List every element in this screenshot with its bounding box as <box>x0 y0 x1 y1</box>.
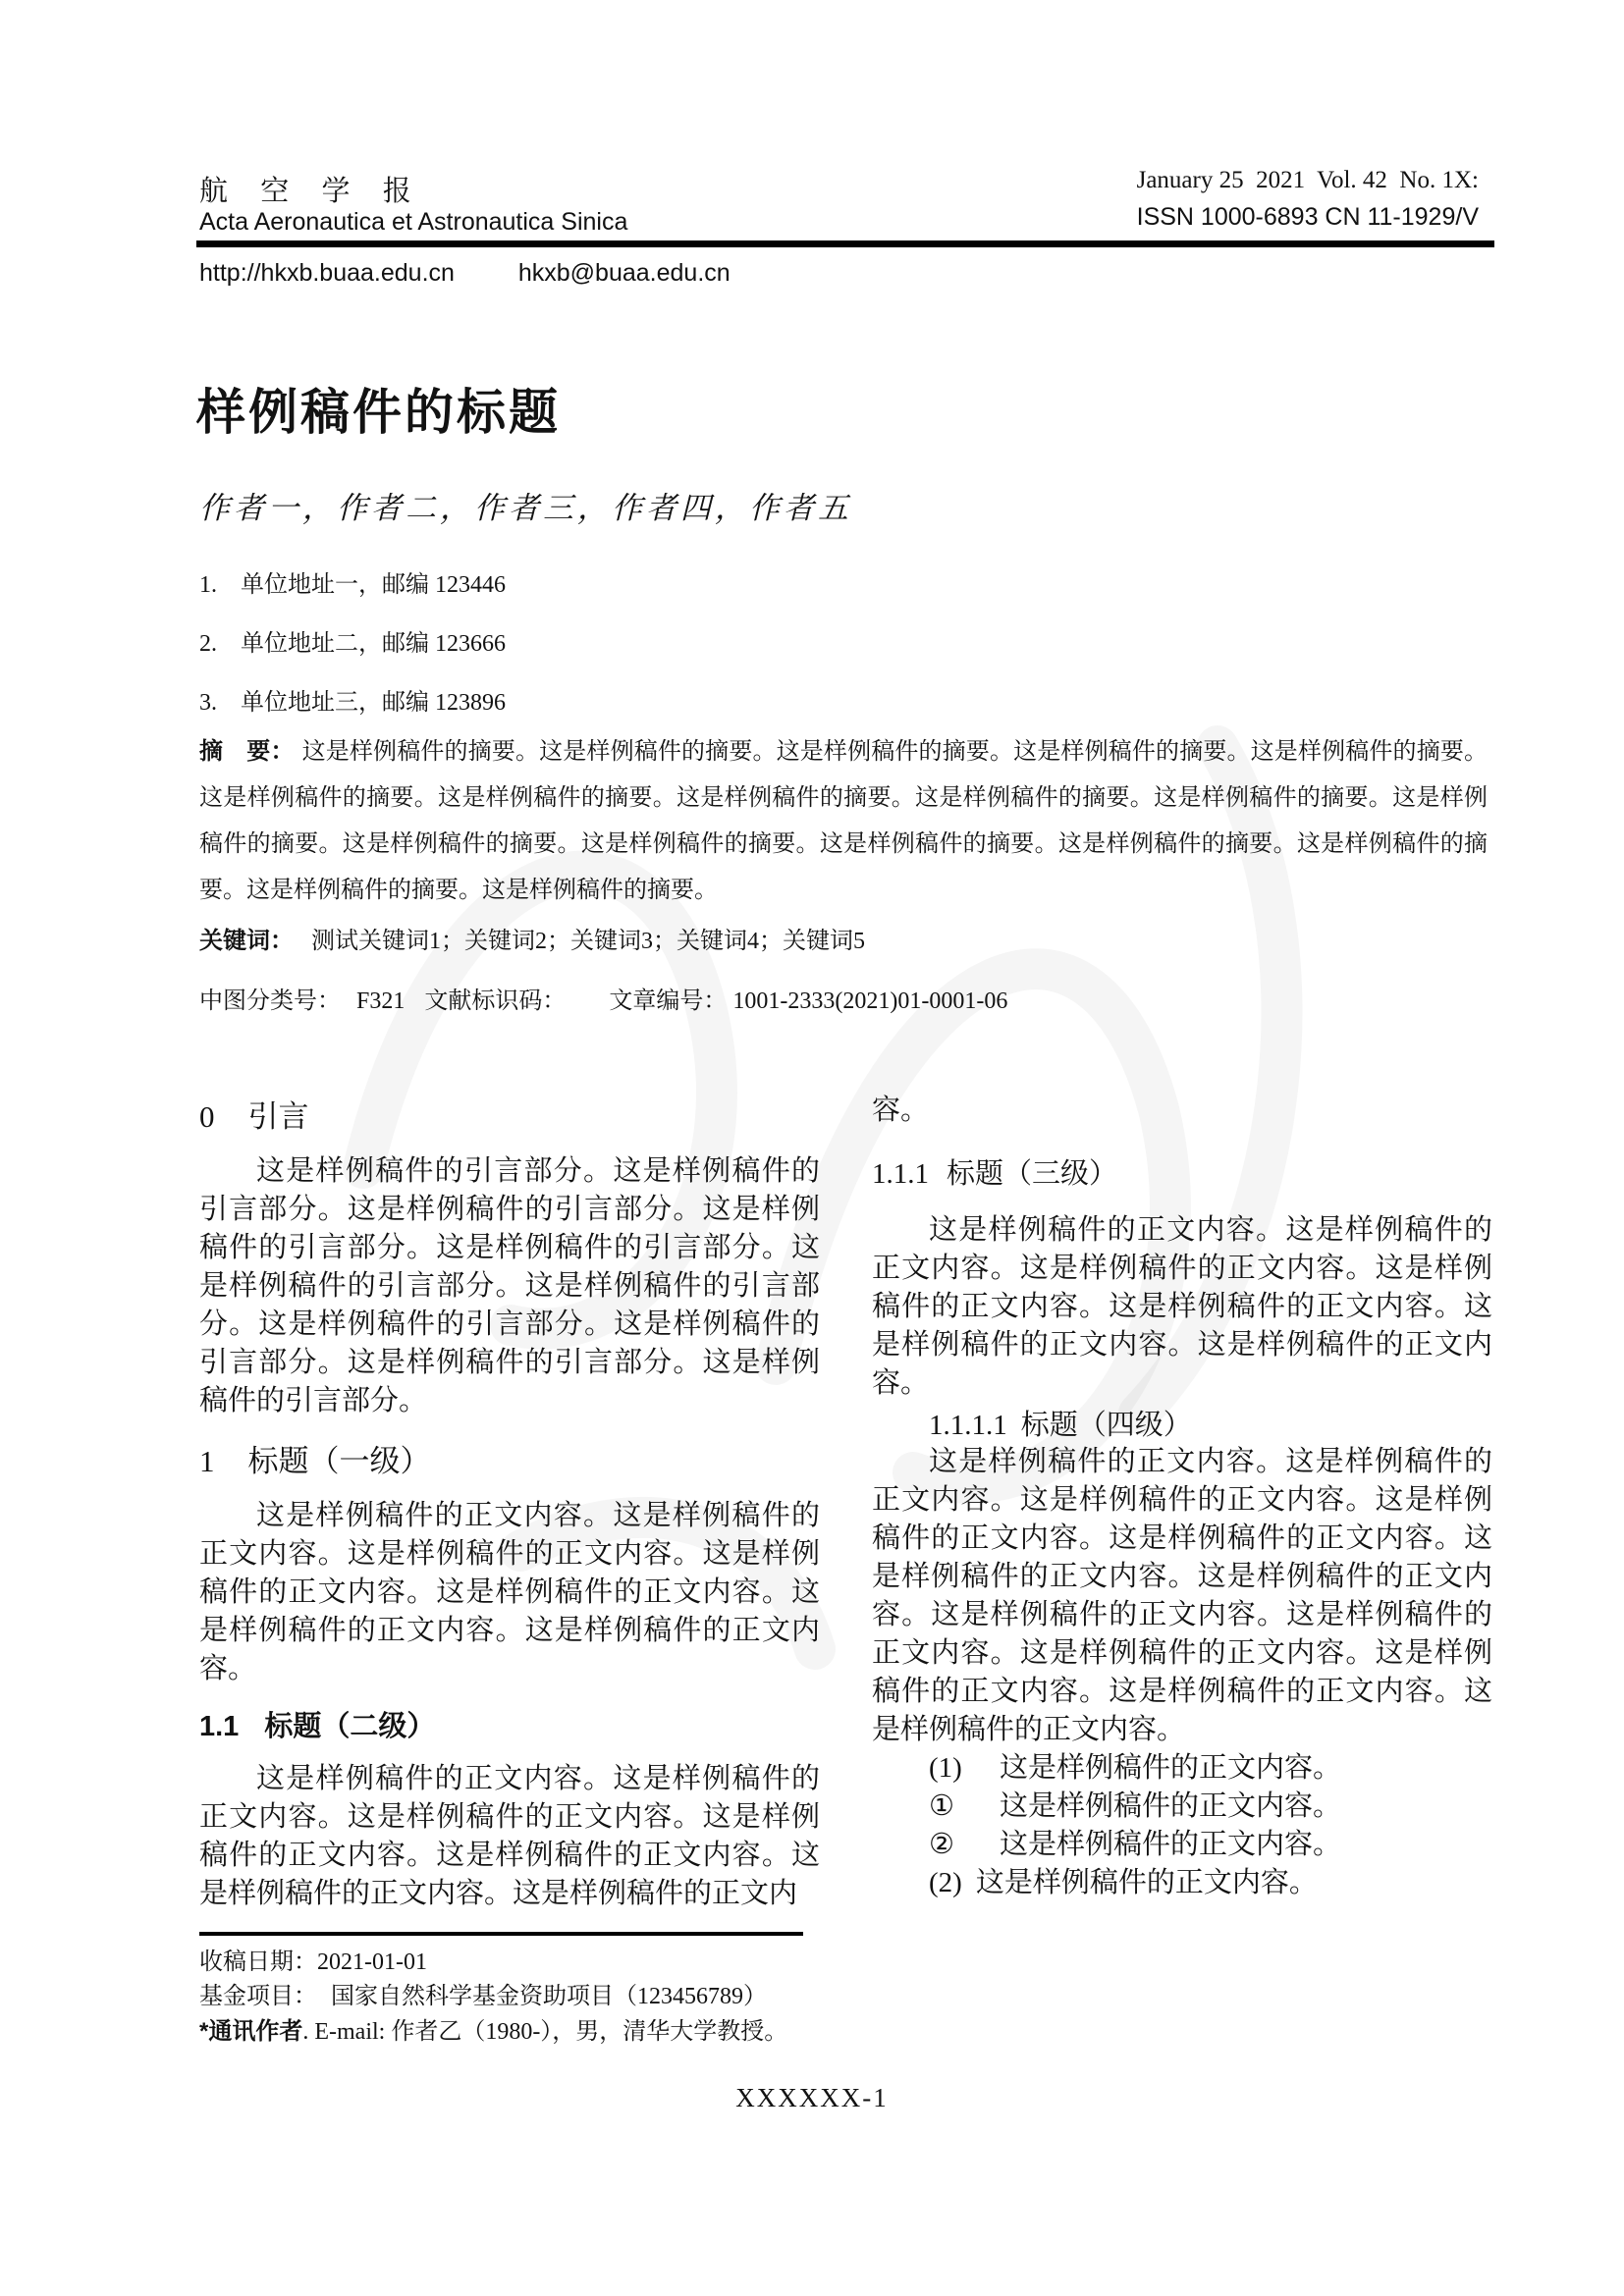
received-date-line: 收稿日期：2021-01-01 <box>199 1946 847 1980</box>
journal-email: hkxb@buaa.edu.cn <box>518 259 731 287</box>
journal-website: http://hkxb.buaa.edu.cn <box>199 259 455 287</box>
heading-number: 1 <box>199 1444 215 1478</box>
heading-number: 1.1.1.1 <box>929 1410 1007 1441</box>
list-item: ①这是样例稿件的正文内容。 <box>872 1788 1492 1826</box>
affiliation-list: 1. 单位地址一，邮编 123446 2. 单位地址二，邮编 123666 3.… <box>199 556 506 732</box>
article-no-label: 文章编号： <box>609 988 727 1014</box>
heading-number: 0 <box>199 1099 215 1134</box>
corresponding-author-label: *通讯作者 <box>199 2018 302 2045</box>
section1-paragraph: 这是样例稿件的正文内容。这是样例稿件的正文内容。这是样例稿件的正文内容。这是样例… <box>199 1497 820 1688</box>
intro-paragraph: 这是样例稿件的引言部分。这是样例稿件的引言部分。这是样例稿件的引言部分。这是样例… <box>199 1152 820 1420</box>
affiliation-item: 2. 单位地址二，邮编 123666 <box>199 614 506 673</box>
section111-paragraph: 这是样例稿件的正文内容。这是样例稿件的正文内容。这是样例稿件的正文内容。这是样例… <box>872 1211 1492 1403</box>
body-column-right: 容。 1.1.1标题（三级） 这是样例稿件的正文内容。这是样例稿件的正文内容。这… <box>872 1092 1492 1902</box>
footnote-block: 收稿日期：2021-01-01 基金项目：国家自然科学基金资助项目（123456… <box>199 1932 847 2050</box>
heading-level3: 1.1.1标题（三级） <box>872 1151 1492 1192</box>
section11-paragraph-spill: 容。 <box>872 1092 1492 1130</box>
list-marker: (2) <box>929 1864 962 1902</box>
keywords-label: 关键词： <box>199 928 294 954</box>
issue-info: January 25 2021 Vol. 42 No. 1X: <box>1137 167 1479 194</box>
list-text: 这是样例稿件的正文内容。 <box>1000 1790 1341 1822</box>
section11-paragraph-left: 这是样例稿件的正文内容。这是样例稿件的正文内容。这是样例稿件的正文内容。这是样例… <box>199 1760 820 1913</box>
keywords-text: 测试关键词1；关键词2；关键词3；关键词4；关键词5 <box>311 929 865 954</box>
author-list: 作者一，作者二，作者三，作者四，作者五 <box>199 483 852 527</box>
fund-label: 基金项目： <box>199 1984 317 2009</box>
abstract-block: 摘 要：这是样例稿件的摘要。这是样例稿件的摘要。这是样例稿件的摘要。这是样例稿件… <box>199 728 1488 914</box>
corresponding-author-info: . E-mail: 作者乙（1980-），男，清华大学教授。 <box>302 2019 787 2045</box>
article-no-value: 1001-2333(2021)01-0001-06 <box>732 988 1007 1014</box>
received-value: 2021-01-01 <box>317 1949 427 1975</box>
body-column-left: 0引言 这是样例稿件的引言部分。这是样例稿件的引言部分。这是样例稿件的引言部分。… <box>199 1092 820 1913</box>
issn-info: ISSN 1000-6893 CN 11-1929/V <box>1137 203 1479 232</box>
received-label: 收稿日期： <box>199 1949 317 1975</box>
heading-level1: 1标题（一级） <box>199 1436 820 1480</box>
article-title: 样例稿件的标题 <box>196 373 561 444</box>
affiliation-item: 3. 单位地址三，邮编 123896 <box>199 673 506 732</box>
heading-text: 标题（一级） <box>248 1444 431 1478</box>
heading-level4: 1.1.1.1标题（四级） <box>872 1403 1492 1443</box>
journal-page: 航 空 学 报 Acta Aeronautica et Astronautica… <box>0 0 1624 2296</box>
list-marker: ② <box>929 1826 1000 1864</box>
list-marker: ① <box>929 1788 1000 1826</box>
list-item: (2)这是样例稿件的正文内容。 <box>872 1864 1492 1902</box>
list-marker: (1) <box>929 1749 1000 1788</box>
list-item: (1)这是样例稿件的正文内容。 <box>872 1749 1492 1788</box>
list-text: 这是样例稿件的正文内容。 <box>976 1867 1318 1898</box>
affiliation-item: 1. 单位地址一，邮编 123446 <box>199 556 506 614</box>
doc-code-label: 文献标识码： <box>424 988 566 1014</box>
list-text: 这是样例稿件的正文内容。 <box>1000 1829 1341 1860</box>
list-item: ②这是样例稿件的正文内容。 <box>872 1826 1492 1864</box>
keywords-block: 关键词：测试关键词1；关键词2；关键词3；关键词4；关键词5 <box>199 921 1488 955</box>
heading-number: 1.1 <box>199 1711 239 1742</box>
journal-links: http://hkxb.buaa.edu.cn hkxb@buaa.edu.cn <box>199 259 731 288</box>
fund-line: 基金项目：国家自然科学基金资助项目（123456789） <box>199 1980 847 2014</box>
heading-text: 标题（三级） <box>947 1158 1117 1190</box>
abstract-label: 摘 要： <box>199 738 295 765</box>
clc-label: 中图分类号： <box>199 988 341 1014</box>
heading-text: 标题（四级） <box>1021 1410 1192 1441</box>
footnote-rule <box>199 1932 803 1936</box>
list-text: 这是样例稿件的正文内容。 <box>1000 1752 1341 1784</box>
heading-level2: 1.1标题（二级） <box>199 1704 820 1744</box>
corresponding-author-line: *通讯作者. E-mail: 作者乙（1980-），男，清华大学教授。 <box>199 2014 847 2050</box>
heading-text: 引言 <box>248 1099 309 1134</box>
fund-value: 国家自然科学基金资助项目（123456789） <box>331 1984 767 2009</box>
heading-text: 标题（二级） <box>264 1711 435 1742</box>
journal-title-cn: 航 空 学 报 <box>199 169 424 209</box>
heading-number: 1.1.1 <box>872 1158 929 1190</box>
masthead-rule <box>196 240 1494 247</box>
journal-title-en: Acta Aeronautica et Astronautica Sinica <box>199 208 627 237</box>
section1111-paragraph: 这是样例稿件的正文内容。这是样例稿件的正文内容。这是样例稿件的正文内容。这是样例… <box>872 1443 1492 1749</box>
classification-line: 中图分类号：F321文献标识码：文章编号：1001-2333(2021)01-0… <box>199 981 1488 1015</box>
heading-intro: 0引言 <box>199 1092 820 1136</box>
abstract-text: 这是样例稿件的摘要。这是样例稿件的摘要。这是样例稿件的摘要。这是样例稿件的摘要。… <box>199 739 1488 903</box>
clc-value: F321 <box>356 988 405 1014</box>
page-number: XXXXXX-1 <box>0 2083 1624 2113</box>
